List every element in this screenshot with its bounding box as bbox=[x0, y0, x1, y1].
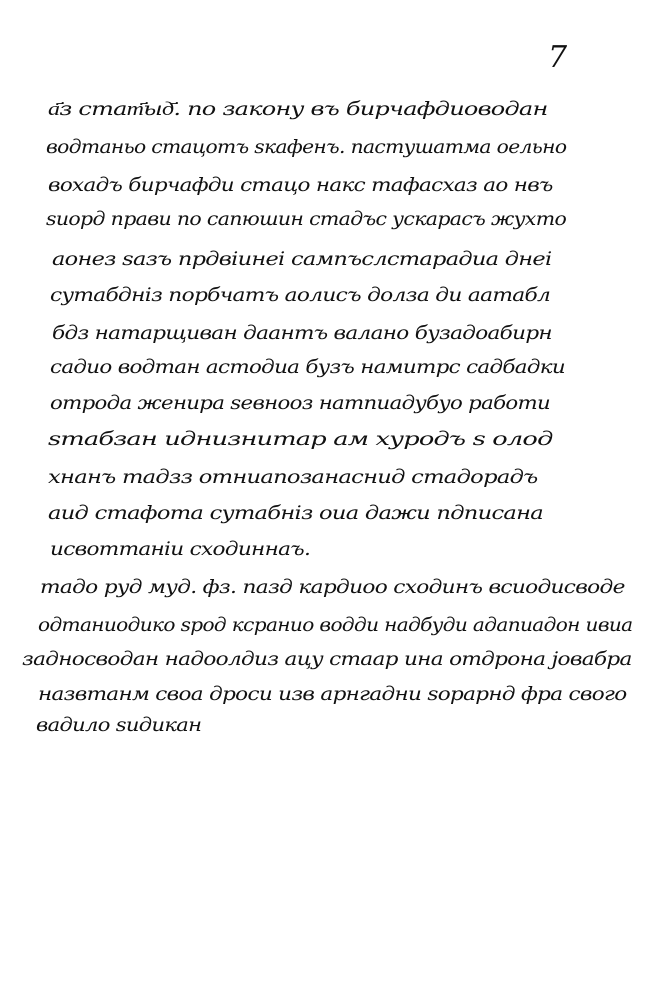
manuscript-line: вадило ѕидикан bbox=[36, 714, 201, 736]
manuscript-line: ѕиорд прави по сапюшин стадъс ускарасъ ж… bbox=[46, 208, 566, 230]
manuscript-line: тадо руд муд. фз. пазд кардиоо сходинъ в… bbox=[40, 576, 625, 598]
manuscript-line: а҃з стат҃ыд҃. по закону въ бирчафдиовода… bbox=[48, 98, 548, 121]
manuscript-line: одтаниодико ѕрод ксранио водди надбуди а… bbox=[38, 614, 633, 636]
manuscript-line: хнанъ тадзз отниапозанаснид стадорадъ bbox=[48, 466, 538, 488]
manuscript-line: аид стафота сутабніз оиа дажи пдписана bbox=[48, 502, 543, 524]
manuscript-line: бдз натарщиван даантъ валано бузадоабирн bbox=[52, 322, 552, 344]
manuscript-line: сутабдніз порбчатъ аолисъ долза ди аатаб… bbox=[50, 284, 550, 306]
manuscript-line: отрода женира ѕевнооз натпиадубуо работи bbox=[50, 392, 550, 414]
manuscript-line: назвтанм своа дроси изв арнгадни ѕорарнд… bbox=[38, 683, 627, 705]
manuscript-line: ѕтабзан иднизнитар ам хуродъ ѕ олод bbox=[48, 428, 553, 450]
folio-number: 7 bbox=[548, 40, 567, 75]
manuscript-line: исвоттаніи сходиннаъ. bbox=[50, 538, 310, 560]
manuscript-line: садио водтан астодиа бузъ намитрс садбад… bbox=[50, 356, 565, 378]
manuscript-line: задносводан надоолдиз ацу стаар ина отдр… bbox=[22, 648, 632, 670]
manuscript-line: вохадъ бирчафди стацо накс тафасхаз ао н… bbox=[48, 174, 553, 196]
manuscript-line: аонез ѕазъ прдвіинеі сампъслстарадиа дне… bbox=[52, 248, 551, 270]
manuscript-page: 7 а҃з стат҃ыд҃. по закону въ бирчафдиово… bbox=[0, 0, 652, 992]
manuscript-line: водтаньо стацотъ ѕкафенъ. пастушатма оел… bbox=[46, 136, 566, 158]
